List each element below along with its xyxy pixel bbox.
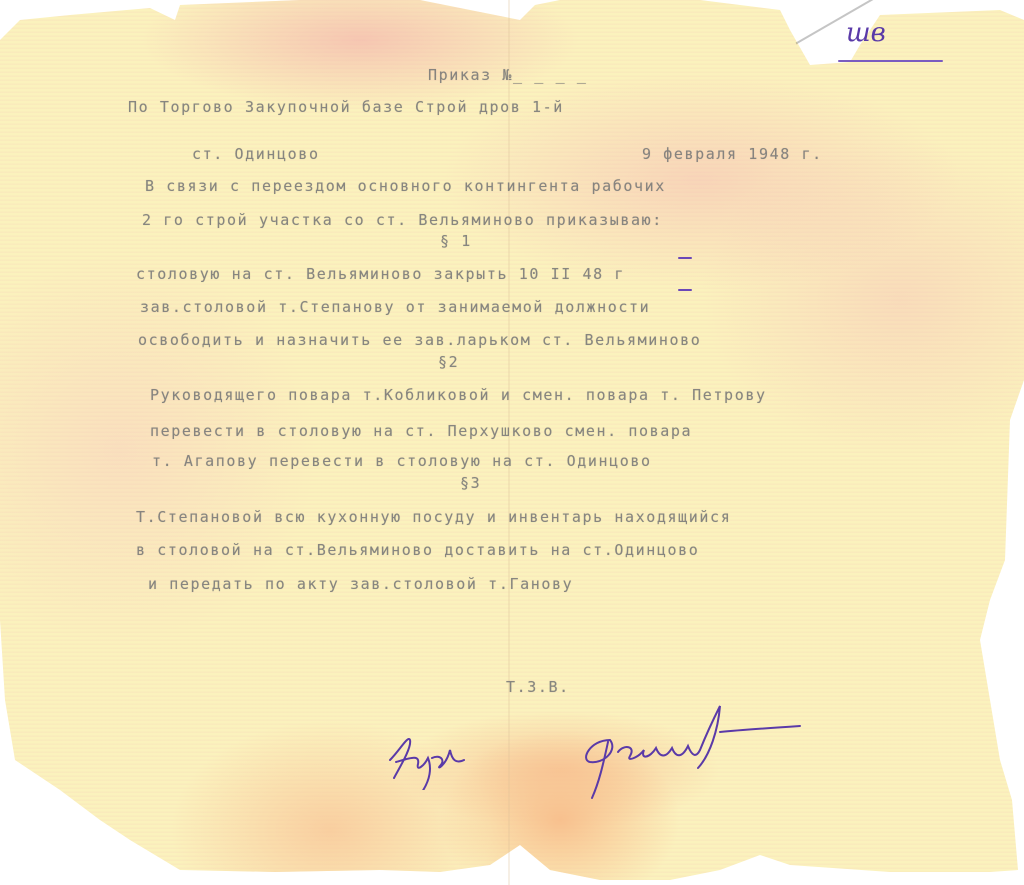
paper-sheet <box>0 0 1024 885</box>
preamble-line: В связи с переездом основного контингент… <box>145 177 666 195</box>
date-correction-mark <box>678 289 692 291</box>
closing-initials: Т.З.В. <box>506 678 570 696</box>
place-line: ст. Одинцово <box>192 145 320 163</box>
signature-left <box>380 720 490 790</box>
signature-right <box>570 700 810 800</box>
preamble-line: 2 го строй участка со ст. Вельяминово пр… <box>142 211 663 229</box>
section-2-line: перевести в столовую на ст. Перхушково с… <box>150 422 692 440</box>
corner-note-underline <box>838 60 943 62</box>
order-title: Приказ №_ _ _ _ <box>428 66 587 84</box>
corner-handwritten-note: шв <box>846 18 886 48</box>
section-1-line: освободить и назначить ее зав.ларьком ст… <box>138 331 701 349</box>
section-1-line: столовую на ст. Вельяминово закрыть 10 I… <box>136 265 625 283</box>
section-3-line: в столовой на ст.Вельяминово доставить н… <box>136 541 699 559</box>
section-mark-3: §3 <box>460 474 481 492</box>
section-2-line: т. Агапову перевести в столовую на ст. О… <box>152 452 652 470</box>
organization-line: По Торгово Закупочной базе Строй дров 1-… <box>128 98 564 116</box>
scanned-document: шв Приказ №_ _ _ _ По Торгово Закупочной… <box>0 0 1024 885</box>
section-mark-1: § 1 <box>440 232 472 250</box>
date-line: 9 февраля 1948 г. <box>642 145 823 163</box>
section-3-line: Т.Степановой всю кухонную посуду и инвен… <box>136 508 731 526</box>
section-3-line: и передать по акту зав.столовой т.Ганову <box>148 575 573 593</box>
fold-crease <box>508 0 510 885</box>
date-correction-mark <box>678 257 692 259</box>
section-mark-2: §2 <box>438 353 459 371</box>
section-2-line: Руководящего повара т.Кобликовой и смен.… <box>150 386 767 404</box>
section-1-line: зав.столовой т.Степанову от занимаемой д… <box>140 298 650 316</box>
